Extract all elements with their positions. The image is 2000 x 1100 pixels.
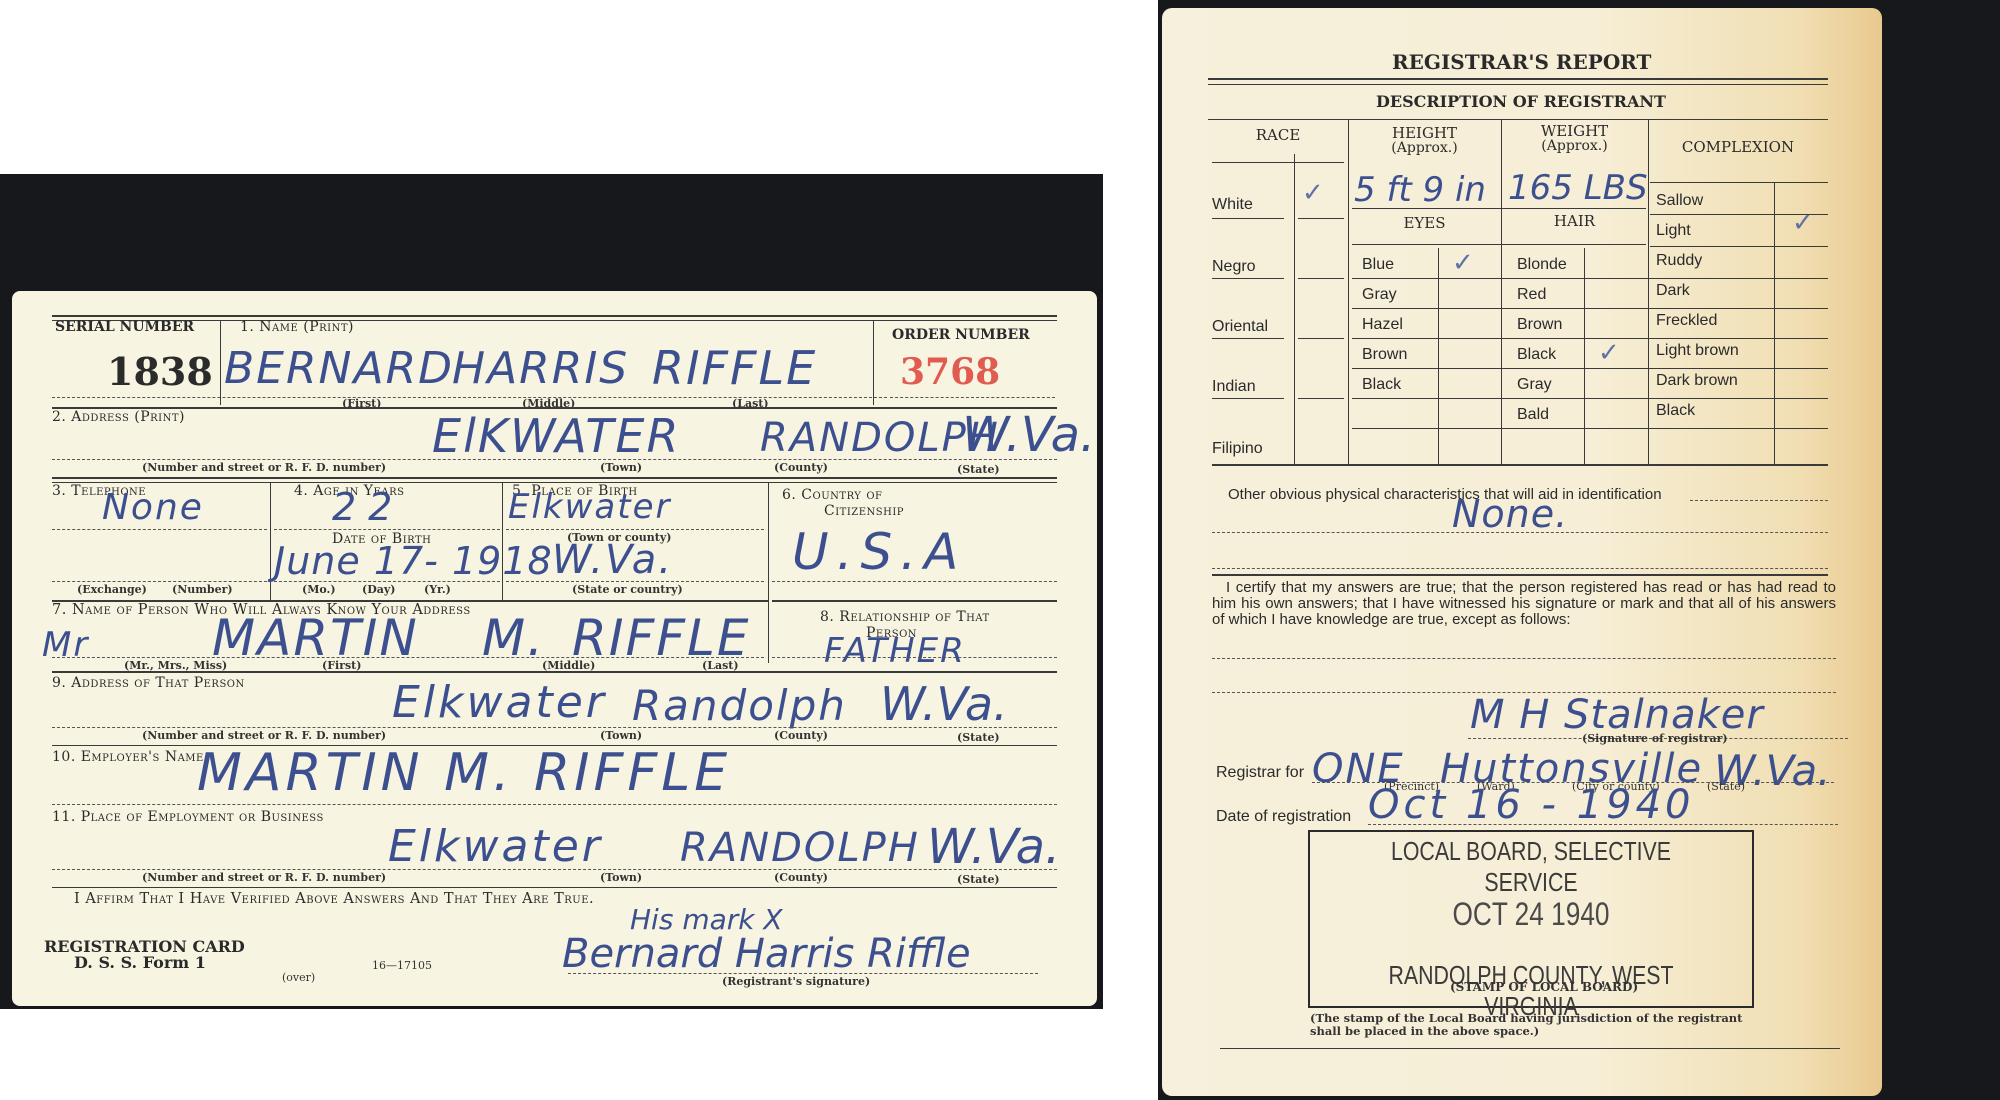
contact-address-town: Elkwater	[392, 677, 607, 728]
grid-rule-5	[1352, 398, 1828, 399]
report-title: REGISTRAR'S REPORT	[1392, 50, 1651, 74]
contact-middle: M.	[482, 609, 545, 667]
registrars-report-card: REGISTRAR'S REPORT DESCRIPTION OF REGIST…	[1162, 8, 1882, 1096]
race-header: RACE	[1208, 126, 1348, 144]
col-divider-weight	[1501, 120, 1502, 464]
eyes-header: EYES	[1348, 214, 1501, 232]
col-divider-complexion	[1648, 120, 1649, 464]
top-rule	[52, 315, 1057, 317]
caption-exchange: (Exchange)	[77, 583, 147, 596]
cert-dotted-1	[1212, 658, 1836, 659]
col-divider-height	[1348, 120, 1349, 464]
caption-town-3: (Town)	[600, 871, 642, 884]
grid-rule-3	[1352, 338, 1828, 339]
caption-street: (Number and street or R. F. D. number)	[142, 461, 386, 474]
row2-rule	[52, 477, 1057, 479]
certification-text: I certify that my answers are true; that…	[1212, 580, 1836, 628]
other-characteristics-label: Other obvious physical characteristics t…	[1228, 486, 1662, 503]
weight-value: 165 LBS	[1508, 168, 1648, 208]
hair-brown: Brown	[1517, 316, 1562, 334]
birthplace-dotted-1	[506, 529, 764, 530]
row7-rule	[52, 887, 1057, 888]
address-town: ElKWATER	[432, 409, 680, 463]
race-check-rule-2	[1298, 278, 1344, 279]
relationship-value: FATHER	[824, 631, 966, 671]
other-dotted-0	[1690, 500, 1828, 501]
order-dotted-line	[890, 397, 1055, 398]
caption-state: (State)	[957, 463, 1000, 476]
hair-black: Black	[1517, 346, 1556, 364]
complexion-freckled: Freckled	[1656, 312, 1717, 330]
eyes-hair-rule	[1352, 244, 1646, 245]
relationship-label-1: 8. Relationship of That	[820, 609, 990, 625]
order-number: 3768	[900, 351, 1000, 393]
date-label: Date of registration	[1216, 808, 1351, 826]
telephone-value: None	[102, 487, 204, 528]
complexion-dark-brown: Dark brown	[1656, 372, 1738, 390]
eyes-black: Black	[1362, 376, 1401, 394]
race-indian: Indian	[1212, 378, 1256, 396]
complexion-rule-sallow	[1650, 214, 1828, 215]
employment-place-county: RANDOLPH	[680, 825, 920, 871]
citizenship-label-2: Citizenship	[824, 503, 904, 519]
race-check-divider	[1294, 154, 1295, 464]
age-dotted	[274, 529, 500, 530]
race-rule-1	[1212, 218, 1284, 219]
caption-town: (Town)	[600, 461, 642, 474]
stamp-caption: (STAMP OF LOCAL BOARD)	[1450, 980, 1638, 994]
complexion-check-divider	[1774, 182, 1775, 464]
address-state: W.Va.	[962, 407, 1095, 463]
citizenship-value: U.S.A	[792, 523, 966, 581]
contact-address-state: W.Va.	[880, 677, 1008, 731]
citizenship-label-1: 6. Country of	[782, 487, 882, 503]
serial-divider	[220, 321, 221, 405]
contact-address-label: 9. Address of That Person	[52, 675, 245, 691]
contact-first: MARTIN	[212, 609, 419, 667]
address-label: 2. Address (Print)	[52, 409, 185, 425]
complexion-header-rule	[1650, 182, 1828, 183]
other-dotted-1	[1212, 532, 1828, 533]
race-check-rule-3	[1298, 338, 1344, 339]
dob-dotted	[274, 581, 500, 582]
caption-street-2: (Number and street or R. F. D. number)	[142, 729, 386, 742]
birthplace-divider	[502, 483, 503, 601]
subtitle-rule	[1208, 119, 1828, 120]
grid-rule-4	[1352, 368, 1828, 369]
caption-number: (Number)	[172, 583, 233, 596]
date-dotted	[1368, 824, 1838, 825]
other-rule	[1212, 574, 1828, 576]
race-white: White	[1212, 196, 1253, 214]
top-rule-2	[52, 320, 1057, 321]
name-label: 1. Name (Print)	[240, 319, 354, 335]
order-divider	[873, 321, 874, 405]
name-last: RIFFLE	[652, 341, 817, 395]
contact-title: Mr	[42, 625, 89, 665]
registrar-for-label: Registrar for	[1216, 764, 1304, 782]
date-value: Oct 16 - 1940	[1368, 782, 1694, 828]
contact-dotted	[52, 657, 764, 658]
complexion-rule-light	[1650, 246, 1828, 247]
hair-black-checkmark-icon: ✓	[1598, 338, 1620, 368]
stamp-note: (The stamp of the Local Board having jur…	[1310, 1012, 1750, 1038]
registration-card-front: SERIAL NUMBER 1838 1. Name (Print) BERNA…	[12, 291, 1097, 1006]
grid-rule-6	[1352, 428, 1828, 429]
complexion-header: COMPLEXION	[1648, 138, 1828, 156]
employment-place-label: 11. Place of Employment or Business	[52, 809, 324, 825]
employment-place-state: W.Va.	[927, 819, 1060, 875]
weight-approx: (Approx.)	[1501, 138, 1648, 154]
serial-number-label: SERIAL NUMBER	[55, 319, 194, 335]
caption-town-2: (Town)	[600, 729, 642, 742]
complexion-sallow: Sallow	[1656, 192, 1703, 210]
caption-year: (Yr.)	[424, 583, 451, 596]
race-white-checkmark-icon: ✓	[1302, 178, 1324, 208]
race-check-rule-1	[1298, 218, 1344, 219]
contact-address-county: Randolph	[632, 681, 847, 730]
race-oriental: Oriental	[1212, 318, 1268, 336]
registrant-signature: Bernard Harris Riffle	[562, 931, 971, 977]
report-subtitle: DESCRIPTION OF REGISTRANT	[1376, 92, 1666, 111]
over-note: (over)	[282, 971, 315, 984]
title-rule-1	[1208, 78, 1828, 80]
grid-rule-2	[1352, 308, 1828, 309]
citizenship-dotted	[772, 581, 1057, 582]
order-number-label: ORDER NUMBER	[892, 327, 1030, 343]
age-divider	[270, 483, 271, 601]
caption-county-3: (County)	[774, 871, 828, 884]
caption-day: (Day)	[362, 583, 395, 596]
birthplace-dotted-2	[506, 581, 764, 582]
row4-rule	[52, 671, 1057, 673]
other-characteristics-value: None.	[1452, 492, 1568, 536]
employment-place-dotted	[52, 869, 1057, 870]
birthplace-state: W.Va.	[552, 537, 673, 583]
race-rule-3	[1212, 338, 1284, 339]
other-dotted-2	[1212, 568, 1828, 569]
hair-bald: Bald	[1517, 406, 1549, 424]
caption-county-2: (County)	[774, 729, 828, 742]
race-negro: Negro	[1212, 258, 1256, 276]
caption-registrar-state: (State)	[1707, 780, 1745, 793]
employment-place-town: Elkwater	[388, 821, 603, 872]
complexion-dark: Dark	[1656, 282, 1690, 300]
hair-check-divider	[1584, 248, 1585, 464]
race-filipino: Filipino	[1212, 440, 1263, 458]
race-rule-2	[1212, 278, 1284, 279]
employer-label: 10. Employer's Name	[52, 749, 204, 765]
eyes-brown: Brown	[1362, 346, 1407, 364]
table-bottom-rule	[1212, 464, 1828, 466]
height-approx: (Approx.)	[1348, 140, 1501, 156]
complexion-ruddy: Ruddy	[1656, 252, 1702, 270]
caption-state-3: (State)	[957, 873, 1000, 886]
race-check-rule-4	[1298, 398, 1344, 399]
birthplace-town: Elkwater	[508, 487, 672, 527]
caption-state-country: (State or country)	[572, 583, 683, 596]
stamp-line-1: LOCAL BOARD, SELECTIVE SERVICE	[1350, 836, 1712, 898]
complexion-black: Black	[1656, 402, 1695, 420]
telephone-dotted-1	[52, 529, 267, 530]
telephone-dotted-2	[52, 581, 267, 582]
hair-blonde: Blonde	[1517, 256, 1567, 274]
height-weight-rule	[1352, 208, 1646, 209]
serial-number: 1838	[107, 349, 213, 394]
hair-header: HAIR	[1501, 212, 1648, 230]
form-id: D. S. S. Form 1	[74, 953, 206, 972]
bottom-rule	[1220, 1048, 1840, 1049]
caption-county: (County)	[774, 461, 828, 474]
stamp-date: OCT 24 1940	[1350, 896, 1712, 933]
employer-dotted	[52, 804, 1057, 805]
contact-address-dotted	[52, 727, 1057, 728]
hair-red: Red	[1517, 286, 1546, 304]
caption-street-3: (Number and street or R. F. D. number)	[142, 871, 386, 884]
complexion-light-checkmark-icon: ✓	[1792, 208, 1814, 238]
caption-month: (Mo.)	[302, 583, 336, 596]
race-header-rule	[1212, 162, 1344, 163]
eyes-blue-checkmark-icon: ✓	[1452, 248, 1474, 278]
complexion-light: Light	[1656, 222, 1691, 240]
hair-gray: Gray	[1517, 376, 1552, 394]
grid-rule-1	[1352, 278, 1828, 279]
signature-dotted	[568, 973, 1038, 974]
title-rule-2	[1208, 84, 1828, 85]
complexion-light-brown: Light brown	[1656, 342, 1739, 360]
address-dotted-line	[52, 459, 1057, 460]
eyes-blue: Blue	[1362, 256, 1394, 274]
name-first: BERNARD	[224, 343, 454, 394]
eyes-hazel: Hazel	[1362, 316, 1403, 334]
local-board-stamp: LOCAL BOARD, SELECTIVE SERVICE OCT 24 19…	[1308, 830, 1754, 1008]
relationship-dotted	[772, 657, 1057, 658]
caption-state-2: (State)	[957, 731, 1000, 744]
eyes-check-divider	[1438, 248, 1439, 464]
registrar-signature-caption: (Signature of registrar)	[1582, 732, 1728, 745]
race-rule-4	[1212, 398, 1284, 399]
citizenship-divider	[768, 483, 769, 663]
eyes-gray: Gray	[1362, 286, 1397, 304]
print-code: 16—17105	[372, 959, 432, 972]
age-value: 22	[332, 485, 404, 529]
dob-value: June 17- 1918	[274, 539, 553, 583]
signature-caption: (Registrant's signature)	[722, 975, 870, 988]
affirmation-text: I Affirm That I Have Verified Above Answ…	[74, 891, 594, 907]
employer-value: MARTIN M. RIFFLE	[197, 743, 731, 803]
height-value: 5 ft 9 in	[1354, 170, 1486, 210]
name-middle: HARRIS	[452, 343, 629, 394]
row3-rule-right	[772, 600, 1057, 602]
